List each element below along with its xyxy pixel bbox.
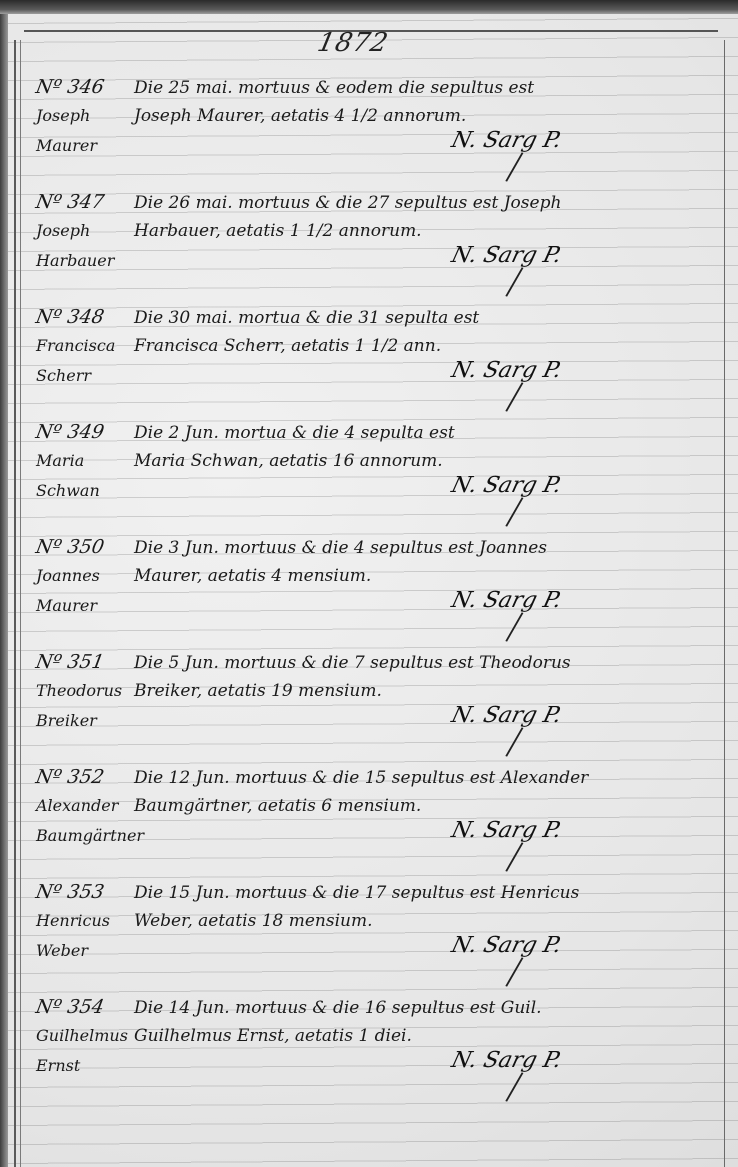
margin-surname: Harbauer <box>36 251 114 270</box>
register-entry: Nº 350 Joannes Maurer Die 3 Jun. mortuus… <box>0 532 738 647</box>
margin-given-name: Guilhelmus <box>36 1026 128 1045</box>
entry-text-line-2: Weber, aetatis 18 mensium. <box>134 911 373 931</box>
margin-given-name: Joseph <box>36 221 90 240</box>
entry-text-line-1: Die 30 mai. mortua & die 31 sepulta est <box>134 308 479 328</box>
entry-text-line-2: Joseph Maurer, aetatis 4 1/2 annorum. <box>134 106 466 126</box>
entry-text-line-1: Die 26 mai. mortuus & die 27 sepultus es… <box>134 193 561 213</box>
register-entry: Nº 348 Francisca Scherr Die 30 mai. mort… <box>0 302 738 417</box>
margin-given-name: Alexander <box>36 796 118 815</box>
entry-number: Nº 351 <box>34 651 106 673</box>
priest-signature: N. Sarg P. <box>449 703 564 728</box>
margin-surname: Breiker <box>36 711 97 730</box>
register-entry: Nº 347 Joseph Harbauer Die 26 mai. mortu… <box>0 187 738 302</box>
register-entry: Nº 351 Theodorus Breiker Die 5 Jun. mort… <box>0 647 738 762</box>
entry-text-line-1: Die 2 Jun. mortua & die 4 sepulta est <box>134 423 455 443</box>
entry-number: Nº 348 <box>34 306 106 328</box>
priest-signature: N. Sarg P. <box>449 1048 564 1073</box>
register-entry: Nº 346 Joseph Maurer Die 25 mai. mortuus… <box>0 72 738 187</box>
margin-given-name: Francisca <box>36 336 115 355</box>
margin-given-name: Joannes <box>36 566 100 585</box>
entry-text-line-1: Die 25 mai. mortuus & eodem die sepultus… <box>134 78 534 98</box>
margin-surname: Schwan <box>36 481 100 500</box>
margin-given-name: Maria <box>36 451 84 470</box>
page-year: 1872 <box>315 28 392 58</box>
entry-text-line-1: Die 12 Jun. mortuus & die 15 sepultus es… <box>134 768 588 788</box>
entry-number: Nº 350 <box>34 536 106 558</box>
priest-signature: N. Sarg P. <box>449 358 564 383</box>
entry-text-line-2: Maria Schwan, aetatis 16 annorum. <box>134 451 443 471</box>
entry-number: Nº 352 <box>34 766 106 788</box>
entry-text-line-1: Die 14 Jun. mortuus & die 16 sepultus es… <box>134 998 542 1018</box>
priest-signature: N. Sarg P. <box>449 933 564 958</box>
priest-signature: N. Sarg P. <box>449 128 564 153</box>
burial-entries: Nº 346 Joseph Maurer Die 25 mai. mortuus… <box>0 72 738 1107</box>
entry-text-line-2: Guilhelmus Ernst, aetatis 1 diei. <box>134 1026 412 1046</box>
margin-surname: Weber <box>36 941 88 960</box>
entry-number: Nº 349 <box>34 421 106 443</box>
register-entry: Nº 352 Alexander Baumgärtner Die 12 Jun.… <box>0 762 738 877</box>
margin-surname: Baumgärtner <box>36 826 144 845</box>
margin-surname: Maurer <box>36 136 97 155</box>
entry-text-line-1: Die 3 Jun. mortuus & die 4 sepultus est … <box>134 538 547 558</box>
entry-text-line-2: Baumgärtner, aetatis 6 mensium. <box>134 796 421 816</box>
entry-number: Nº 354 <box>34 996 106 1018</box>
entry-text-line-1: Die 5 Jun. mortuus & die 7 sepultus est … <box>134 653 571 673</box>
margin-given-name: Joseph <box>36 106 90 125</box>
margin-surname: Maurer <box>36 596 97 615</box>
entry-number: Nº 347 <box>34 191 106 213</box>
margin-surname: Ernst <box>36 1056 80 1075</box>
margin-given-name: Henricus <box>36 911 110 930</box>
margin-given-name: Theodorus <box>36 681 122 700</box>
register-entry: Nº 349 Maria Schwan Die 2 Jun. mortua & … <box>0 417 738 532</box>
register-entry: Nº 354 Guilhelmus Ernst Die 14 Jun. mort… <box>0 992 738 1107</box>
priest-signature: N. Sarg P. <box>449 473 564 498</box>
priest-signature: N. Sarg P. <box>449 818 564 843</box>
entry-text-line-1: Die 15 Jun. mortuus & die 17 sepultus es… <box>134 883 579 903</box>
entry-number: Nº 346 <box>34 76 106 98</box>
margin-surname: Scherr <box>36 366 91 385</box>
register-entry: Nº 353 Henricus Weber Die 15 Jun. mortuu… <box>0 877 738 992</box>
entry-text-line-2: Maurer, aetatis 4 mensium. <box>134 566 371 586</box>
priest-signature: N. Sarg P. <box>449 588 564 613</box>
entry-number: Nº 353 <box>34 881 106 903</box>
entry-text-line-2: Harbauer, aetatis 1 1/2 annorum. <box>134 221 422 241</box>
entry-text-line-2: Francisca Scherr, aetatis 1 1/2 ann. <box>134 336 441 356</box>
entry-text-line-2: Breiker, aetatis 19 mensium. <box>134 681 382 701</box>
priest-signature: N. Sarg P. <box>449 243 564 268</box>
